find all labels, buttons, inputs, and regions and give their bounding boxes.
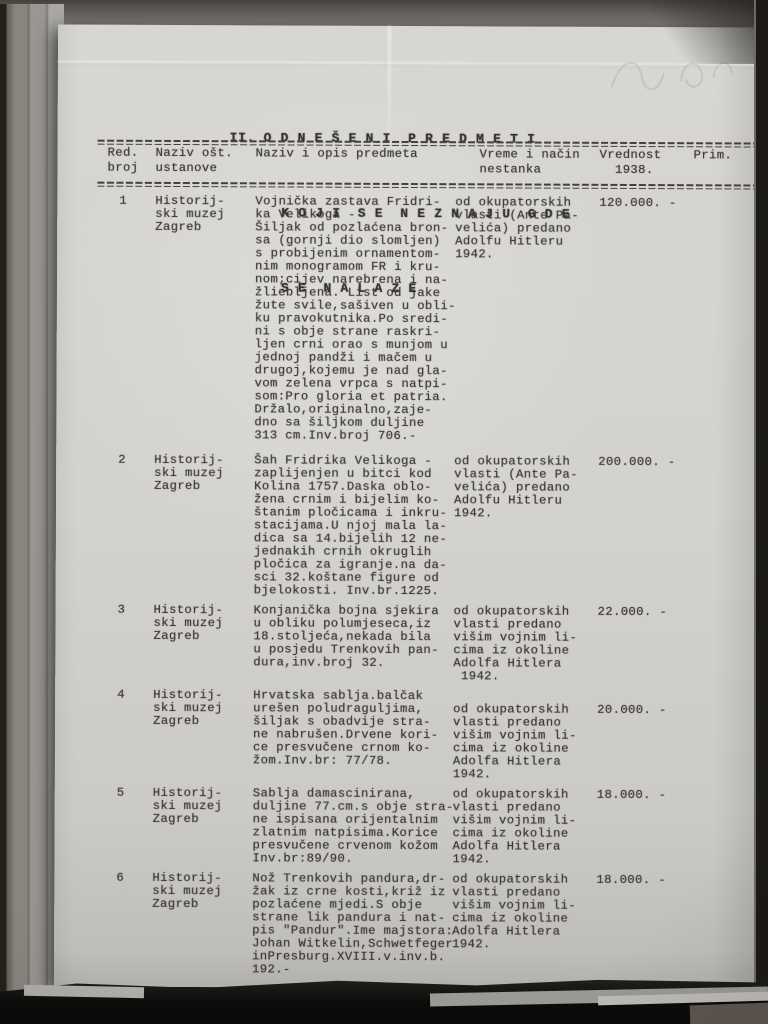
cell-prim <box>692 197 758 444</box>
cell-opis: Konjanička bojna sjekira u obliku polumj… <box>253 604 453 683</box>
cell-vrednost: 200.000. - <box>598 456 693 599</box>
table-row: 4 Historij- ski muzej Zagreb Hrvatska sa… <box>105 689 756 783</box>
cell-vrednost: 22.000. - <box>597 606 691 684</box>
table-row: 2 Historij- ski muzej Zagreb Šah Fridrik… <box>106 454 758 600</box>
cell-prim <box>692 456 758 599</box>
table-row: 1 Historij- ski muzej Zagreb Vojnička za… <box>106 195 758 445</box>
cell-broj: 2 <box>106 454 155 597</box>
cell-vreme: od okupatorskih vlasti predano višim voj… <box>452 873 596 978</box>
cell-prim <box>690 789 755 867</box>
header-vrednost-1938: Vrednost 1938. <box>599 148 693 178</box>
document-photo: II. O D N E Š E N I P R E D M E T I K O … <box>0 0 768 1024</box>
header-naziv-opis-predmeta: Naziv i opis predmeta <box>255 146 455 177</box>
cell-broj: 5 <box>104 787 152 865</box>
cell-prim <box>691 606 756 684</box>
header-naziv-ustanove: Naziv ošt. ustanove <box>155 146 255 176</box>
header-red-broj: Red. broj <box>107 146 155 176</box>
cell-vreme: od okupatorskih vlasti (Ante Pa- velića)… <box>454 196 599 444</box>
cell-opis: Nož Trenkovih pandura,dr- žak iz crne ko… <box>252 872 452 977</box>
table-row: 5 Historij- ski muzej Zagreb Sablja dama… <box>104 787 755 868</box>
table-row: 6 Historij- ski muzej Zagreb Nož Trenkov… <box>104 872 755 979</box>
cell-opis: Sablja damascinirana, duljine 77.cm.s ob… <box>252 787 452 866</box>
cell-vrednost: 18.000. - <box>596 789 690 867</box>
document-page: II. O D N E Š E N I P R E D M E T I K O … <box>54 24 759 989</box>
typed-divider-header <box>97 182 755 192</box>
table-body: 1 Historij- ski muzej Zagreb Vojnička za… <box>104 195 758 986</box>
cell-prim <box>690 874 755 978</box>
header-vreme-nacin-nestanka: Vreme i način nestanka <box>455 147 599 178</box>
cell-vreme: od okupatorskih vlasti predano višim voj… <box>452 788 596 867</box>
cell-opis: Hrvatska sablja.balčak urešen poludragul… <box>253 689 453 781</box>
paper-stack-right-edge <box>754 0 768 1024</box>
folder-corner-bottom-right <box>690 1003 768 1024</box>
cell-vreme: od okupatorskih vlasti (Ante Pa- velića)… <box>454 455 599 599</box>
cell-ustanova: Historij- ski muzej Zagreb <box>152 872 252 976</box>
cell-vrednost: 20.000. - <box>597 691 691 782</box>
cell-ustanova: Historij- ski muzej Zagreb <box>154 454 255 597</box>
cell-broj: 4 <box>105 689 153 780</box>
cell-opis: Vojnička zastava Fridri- ka Velikoga - Š… <box>254 195 455 443</box>
cell-prim <box>691 691 756 782</box>
cell-broj: 3 <box>105 604 153 682</box>
cell-broj: 1 <box>106 195 155 442</box>
cell-opis: Šah Fridrika Velikoga - zaplijenjen u bi… <box>254 454 455 598</box>
header-prim: Prim. <box>693 148 758 178</box>
cell-vreme: od okupatorskih vlasti predano višim voj… <box>453 605 597 684</box>
cell-ustanova: Historij- ski muzej Zagreb <box>153 604 253 682</box>
page-content: II. O D N E Š E N I P R E D M E T I K O … <box>54 24 759 989</box>
cell-vrednost: 18.000. - <box>596 874 690 978</box>
cell-vrednost: 120.000. - <box>598 197 693 444</box>
cell-ustanova: Historij- ski muzej Zagreb <box>153 689 253 780</box>
table-row: 3 Historij- ski muzej Zagreb Konjanička … <box>105 604 756 685</box>
cell-broj: 6 <box>104 872 152 976</box>
cell-vreme: od okupatorskih vlasti predano višim voj… <box>453 690 597 782</box>
cell-ustanova: Historij- ski muzej Zagreb <box>152 787 252 865</box>
cell-ustanova: Historij- ski muzej Zagreb <box>154 195 255 442</box>
table-shadow-top-right <box>618 0 768 64</box>
table-header-row: Red. broj Naziv ošt. ustanove Naziv i op… <box>107 146 758 179</box>
